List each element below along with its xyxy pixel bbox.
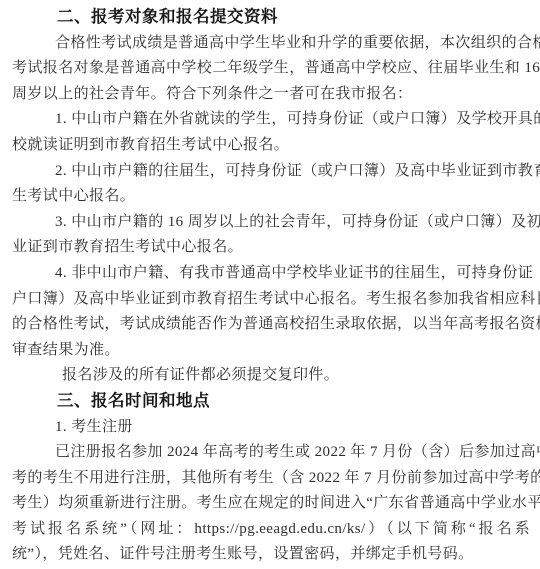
paragraph: 1. 中山市户籍在外省就读的学生，可持身份证（或户口簿）及学校开具的在校就读证明… bbox=[12, 107, 530, 158]
text-line: 3. 中山市户籍的 16 周岁以上的社会青年，可持身份证（或户口簿）及初中毕 bbox=[12, 210, 530, 236]
text-line: 考生）均须重新进行注册。考生应在规定的时间进入“广东省普通高中学业水平 bbox=[12, 491, 530, 517]
text-line: 统”），凭姓名、证件号注册考生账号，设置密码，并绑定手机号码。 bbox=[12, 542, 530, 568]
text-line: 户口簿）及高中毕业证到市教育招生考试中心报名。考生报名参加我省相应科目 bbox=[12, 287, 530, 313]
text-line: 校就读证明到市教育招生考试中心报名。 bbox=[12, 133, 530, 159]
text-line: 审查结果为准。 bbox=[12, 338, 530, 364]
paragraph: 4. 非中山市户籍、有我市普通高中学校毕业证书的往届生，可持身份证（或户口簿）及… bbox=[12, 261, 530, 363]
document-page: 二、报考对象和报名提交资料合格性考试成绩是普通高中学生毕业和升学的重要依据，本次… bbox=[0, 0, 540, 569]
paragraph: 报名涉及的所有证件都必须提交复印件。 bbox=[12, 363, 530, 389]
text-line: 1. 中山市户籍在外省就读的学生，可持身份证（或户口簿）及学校开具的在 bbox=[12, 107, 530, 133]
text-line: 考试报名系统”（网址：https://pg.eeagd.edu.cn/ks/）（… bbox=[12, 517, 530, 543]
text-line: 4. 非中山市户籍、有我市普通高中学校毕业证书的往届生，可持身份证（或 bbox=[12, 261, 530, 287]
text-line: 的合格性考试，考试成绩能否作为普通高校招生录取依据，以当年高考报名资格 bbox=[12, 312, 530, 338]
section-heading: 三、报名时间和地点 bbox=[12, 389, 530, 415]
paragraph: 合格性考试成绩是普通高中学生毕业和升学的重要依据，本次组织的合格性考试报名对象是… bbox=[12, 31, 530, 108]
text-line: 1. 考生注册 bbox=[12, 415, 530, 441]
paragraph: 已注册报名参加 2024 年高考的考生或 2022 年 7 月份（含）后参加过高… bbox=[12, 440, 530, 568]
section-heading: 二、报考对象和报名提交资料 bbox=[12, 5, 530, 31]
paragraph: 3. 中山市户籍的 16 周岁以上的社会青年，可持身份证（或户口簿）及初中毕业证… bbox=[12, 210, 530, 261]
text-line: 生考试中心报名。 bbox=[12, 184, 530, 210]
text-line: 考试报名对象是普通高中学校二年级学生，普通高中学校应、往届毕业生和 16 bbox=[12, 56, 530, 82]
text-line: 周岁以上的社会青年。符合下列条件之一者可在我市报名： bbox=[12, 82, 530, 108]
text-line: 已注册报名参加 2024 年高考的考生或 2022 年 7 月份（含）后参加过高… bbox=[12, 440, 530, 466]
text-line: 合格性考试成绩是普通高中学生毕业和升学的重要依据，本次组织的合格性 bbox=[12, 31, 530, 57]
text-line: 2. 中山市户籍的往届生，可持身份证（或户口簿）及高中毕业证到市教育招 bbox=[12, 159, 530, 185]
text-line: 报名涉及的所有证件都必须提交复印件。 bbox=[12, 363, 530, 389]
text-line: 考的考生不用进行注册，其他所有考生（含 2022 年 7 月份前参加过高中学考的 bbox=[12, 466, 530, 492]
paragraph: 2. 中山市户籍的往届生，可持身份证（或户口簿）及高中毕业证到市教育招生考试中心… bbox=[12, 159, 530, 210]
text-line: 业证到市教育招生考试中心报名。 bbox=[12, 235, 530, 261]
paragraph: 1. 考生注册 bbox=[12, 415, 530, 441]
